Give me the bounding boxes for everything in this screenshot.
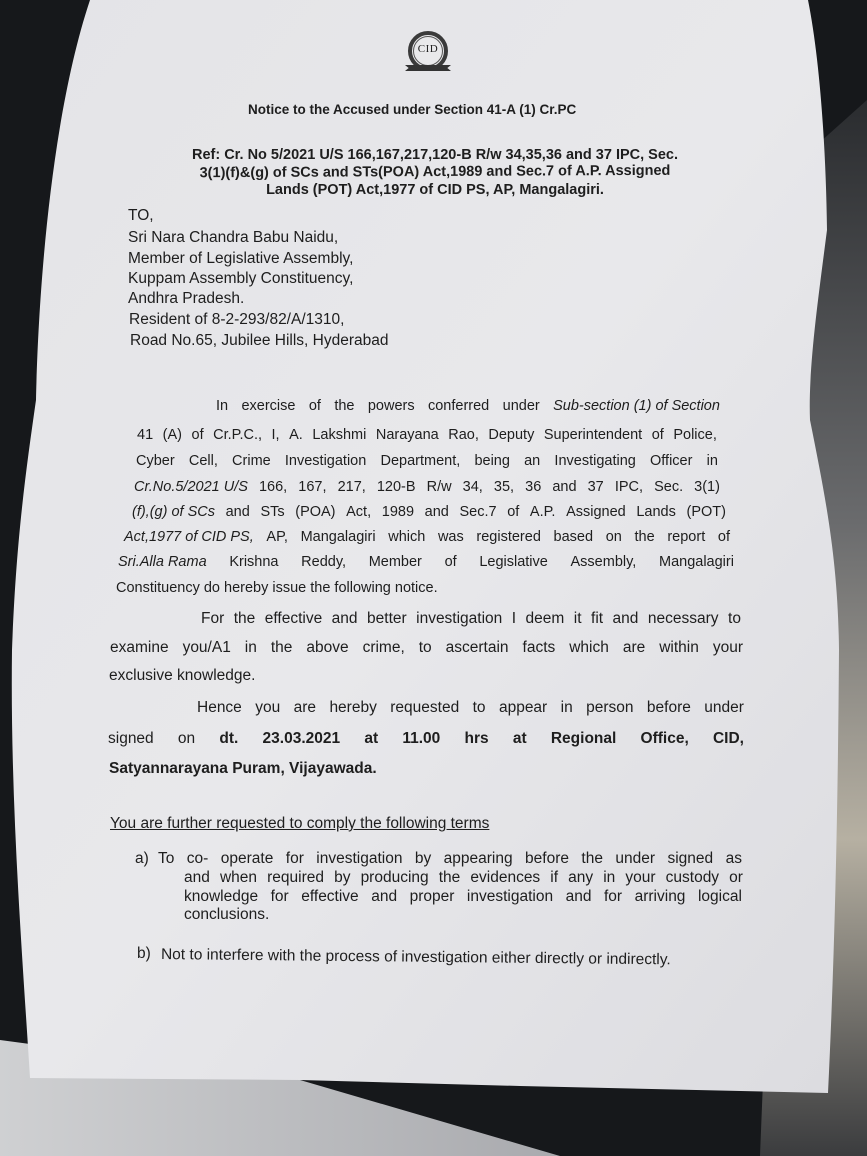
addressee-address: Resident of 8-2-293/82/A/1310, xyxy=(129,311,344,329)
paragraph-line: Cr.No.5/2021 U/S 166, 167, 217, 120-B R/… xyxy=(134,478,720,496)
paragraph-line: (f),(g) of SCs and STs (POA) Act, 1989 a… xyxy=(132,503,726,521)
paragraph-line: Constituency do hereby issue the followi… xyxy=(116,579,438,597)
term-line: and when required by producing the evide… xyxy=(184,869,743,887)
term-line: conclusions. xyxy=(184,906,269,924)
appearance-location: Satyannarayana Puram, Vijayawada. xyxy=(109,760,377,778)
term-line: knowledge for effective and proper inves… xyxy=(184,888,742,906)
cid-emblem-logo: CID xyxy=(405,31,457,75)
paragraph-line: examine you/A1 in the above crime, to as… xyxy=(110,639,743,657)
paragraph-line: Sri.Alla Rama Krishna Reddy, Member of L… xyxy=(118,553,734,571)
appearance-time: 11.00 xyxy=(402,730,440,748)
paragraph-line: Act,1977 of CID PS, AP, Mangalagiri whic… xyxy=(124,528,730,546)
appearance-date-line: signed on dt. 23.03.2021 at 11.00 hrs at… xyxy=(108,730,744,748)
addressee-name: Sri Nara Chandra Babu Naidu, xyxy=(128,229,338,247)
addressee-line: Andhra Pradesh. xyxy=(128,290,244,308)
terms-heading: You are further requested to comply the … xyxy=(110,815,489,833)
term-label: b) xyxy=(137,945,151,963)
reference-line-2: 3(1)(f)&(g) of SCs and STs(POA) Act,1989… xyxy=(150,162,720,183)
paragraph-line: In exercise of the powers conferred unde… xyxy=(216,397,720,415)
paragraph-line: For the effective and better investigati… xyxy=(201,610,741,628)
emblem-text: CID xyxy=(413,43,443,55)
notice-title: Notice to the Accused under Section 41-A… xyxy=(248,101,576,119)
term-line: To co- operate for investigation by appe… xyxy=(158,850,742,868)
emblem-ribbon-icon xyxy=(405,65,451,71)
appearance-date: 23.03.2021 xyxy=(263,730,341,748)
paragraph-line: exclusive knowledge. xyxy=(109,667,255,685)
addressee-line: Member of Legislative Assembly, xyxy=(128,250,353,268)
paragraph-line: Hence you are hereby requested to appear… xyxy=(197,699,744,717)
addressee-line: TO, xyxy=(128,207,154,225)
reference-line-3: Lands (POT) Act,1977 of CID PS, AP, Mang… xyxy=(150,181,720,199)
paragraph-line: Cyber Cell, Crime Investigation Departme… xyxy=(136,452,718,470)
paragraph-line: 41 (A) of Cr.P.C., I, A. Lakshmi Narayan… xyxy=(137,426,717,444)
addressee-line: Kuppam Assembly Constituency, xyxy=(128,270,353,288)
addressee-address: Road No.65, Jubilee Hills, Hyderabad xyxy=(130,332,388,350)
term-label: a) xyxy=(135,850,149,868)
